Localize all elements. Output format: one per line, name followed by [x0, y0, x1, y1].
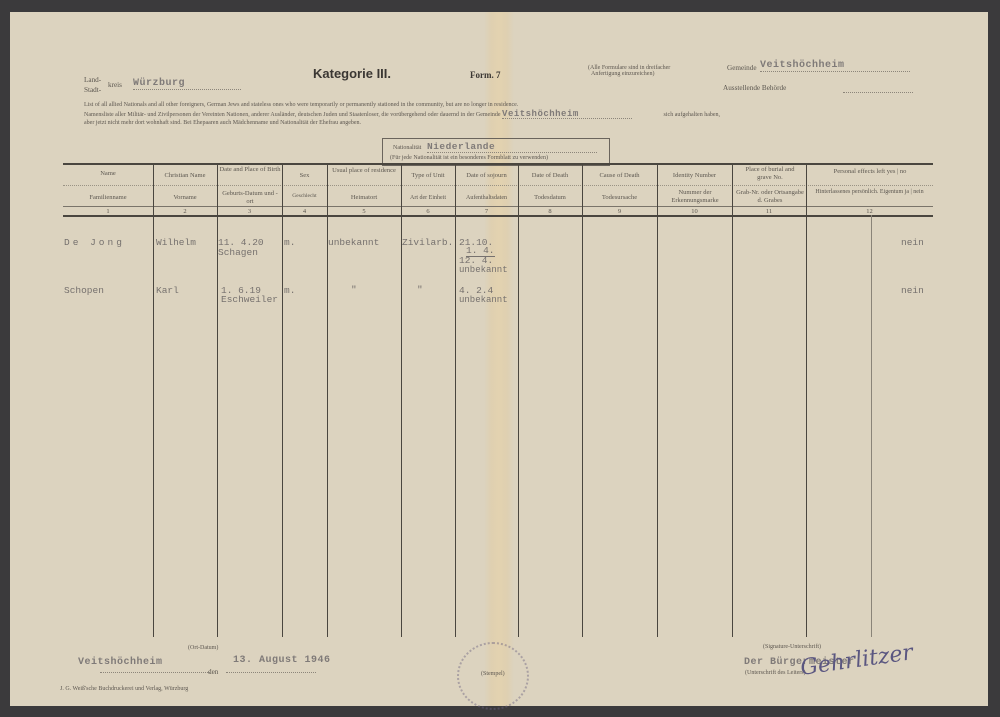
ort-line: [100, 672, 210, 673]
row1-effects: nein: [901, 238, 924, 248]
den-label: den: [208, 668, 218, 677]
intro-line-2-suffix: sich aufgehalten haben,: [664, 112, 720, 118]
col-header-identity-en: Identity Number: [657, 172, 732, 180]
row1-residence: unbekannt: [328, 238, 379, 248]
intro-line-3: aber jetzt nicht mehr dort wohnhaft sind…: [84, 120, 361, 127]
row1-unit: Zivilarb.: [402, 238, 453, 248]
row2-vorname: Karl: [156, 286, 179, 296]
ort-label: (Ort-Datum): [188, 645, 218, 652]
header-divider: [63, 185, 933, 186]
col-header-burial-de: Grab-Nr. oder Ortsangabe d. Grabes: [735, 189, 805, 205]
nationality-note: (Für jede Nationalität ist ein besondere…: [390, 155, 548, 162]
ort-value: Veitshöchheim: [78, 657, 163, 668]
behoerde-field: [843, 84, 913, 93]
col-header-sex-en: Sex: [282, 172, 327, 180]
gemeinde-label: Gemeinde: [727, 64, 757, 73]
intro-line-2: Namensliste aller Militär- und Zivilpers…: [84, 111, 720, 119]
col-num-12: 12: [806, 208, 933, 216]
col-divider-1: [153, 165, 154, 637]
row1-sex: m.: [284, 238, 295, 248]
col-num-7: 7: [455, 208, 518, 216]
col-num-1: 1: [63, 208, 153, 216]
form-number: Form. 7: [470, 70, 501, 80]
col-num-3: 3: [217, 208, 282, 216]
col-header-birth-de: Geburts-Datum und -ort: [219, 190, 281, 206]
gemeinde-value: Veitshöchheim: [760, 60, 910, 72]
col-divider-11: [806, 165, 807, 637]
intro-gemeinde-value: Veitshöchheim: [502, 111, 632, 119]
behoerde-label: Ausstellende Behörde: [723, 84, 786, 93]
signature-label: (Signature-Unterschrift): [763, 644, 821, 651]
date-value: 13. August 1946: [233, 655, 331, 666]
col-header-burial-en: Place of burial and grave No.: [740, 166, 800, 182]
col-divider-9: [657, 165, 658, 637]
col-header-death-cause-en: Cause of Death: [582, 172, 657, 180]
row1-sojourn-4: unbekannt: [459, 265, 517, 275]
intro-line-1: List of all allied Nationals and all oth…: [84, 102, 518, 109]
row1-birth-place: Schagen: [218, 248, 258, 258]
col-divider-8: [582, 165, 583, 637]
row2-sex: m.: [284, 286, 295, 296]
row2-sojourn-2: unbekannt: [459, 295, 517, 305]
form-category-title: Kategorie III.: [313, 66, 391, 81]
col-header-unit-de: Art der Einheit: [401, 194, 455, 202]
col-header-unit-en: Type of Unit: [401, 172, 455, 180]
col-header-effects-de: Hinterlassenes persönlich. Eigentum ja |…: [806, 188, 933, 196]
nationality-value: Niederlande: [427, 141, 597, 153]
nationality-label: Nationalität: [393, 145, 421, 152]
row2-birth-place: Eschweiler: [221, 295, 278, 305]
col-num-11: 11: [732, 208, 806, 216]
col-header-residence-de: Heimatort: [327, 194, 401, 202]
col-header-birth-en: Date and Place of Birth: [219, 166, 281, 174]
col-divider-5: [401, 165, 402, 637]
row2-unit: ": [417, 285, 423, 295]
table-top-border: [63, 163, 933, 165]
col-num-4: 4: [282, 208, 327, 216]
signature-sub: (Unterschrift des Leiters): [745, 670, 806, 677]
col-header-identity-de: Nummer der Erkennungsmarke: [664, 189, 726, 205]
col-divider-7: [518, 165, 519, 637]
col-num-10: 10: [657, 208, 732, 216]
table-number-row-line: [63, 206, 933, 207]
land-label: Land-: [84, 76, 101, 85]
col-divider-12-yes-no: [871, 215, 872, 637]
col-header-sex-de: Geschlecht: [282, 192, 327, 200]
col-divider-4: [327, 165, 328, 637]
col-header-sojourn-en: Date of sojourn: [455, 172, 518, 180]
col-header-death-date-de: Todesdatum: [518, 194, 582, 202]
kreis-label: kreis: [108, 81, 122, 90]
col-divider-3: [282, 165, 283, 637]
col-divider-10: [732, 165, 733, 637]
col-header-vorname-de: Vorname: [153, 194, 217, 202]
col-divider-6: [455, 165, 456, 637]
row2-effects: nein: [901, 286, 924, 296]
col-header-name-en: Name: [63, 170, 153, 178]
row2-residence: ": [351, 285, 357, 295]
nationality-box: Nationalität Niederlande (Für jede Natio…: [382, 138, 610, 166]
intro-line-2-prefix: Namensliste aller Militär- und Zivilpers…: [84, 112, 501, 118]
col-header-vorname-en: Christian Name: [153, 172, 217, 180]
col-header-death-cause-de: Todesursache: [582, 194, 657, 202]
submission-note-2: Anfertigung einzureichen): [591, 71, 654, 78]
stamp-label: (Stempel): [481, 671, 505, 678]
col-header-name-de: Familienname: [63, 194, 153, 202]
col-num-6: 6: [401, 208, 455, 216]
col-num-9: 9: [582, 208, 657, 216]
col-header-residence-en: Usual place of residence: [330, 167, 398, 175]
row1-vorname: Wilhelm: [156, 238, 196, 248]
row2-name: Schopen: [64, 286, 104, 296]
col-num-8: 8: [518, 208, 582, 216]
stadt-label: Stadt-: [84, 86, 101, 95]
kreis-value: Würzburg: [133, 78, 241, 90]
col-num-2: 2: [153, 208, 217, 216]
col-header-death-date-en: Date of Death: [518, 172, 582, 180]
col-divider-2: [217, 165, 218, 637]
col-header-sojourn-de: Aufenthaltsdaten: [455, 194, 518, 202]
printer-credit: J. G. Weiß'sche Buchdruckerei und Verlag…: [60, 686, 188, 693]
row1-name: De Jong: [64, 238, 125, 248]
col-header-effects-en: Personal effects left yes | no: [820, 168, 920, 176]
col-num-5: 5: [327, 208, 401, 216]
date-line: [226, 672, 316, 673]
